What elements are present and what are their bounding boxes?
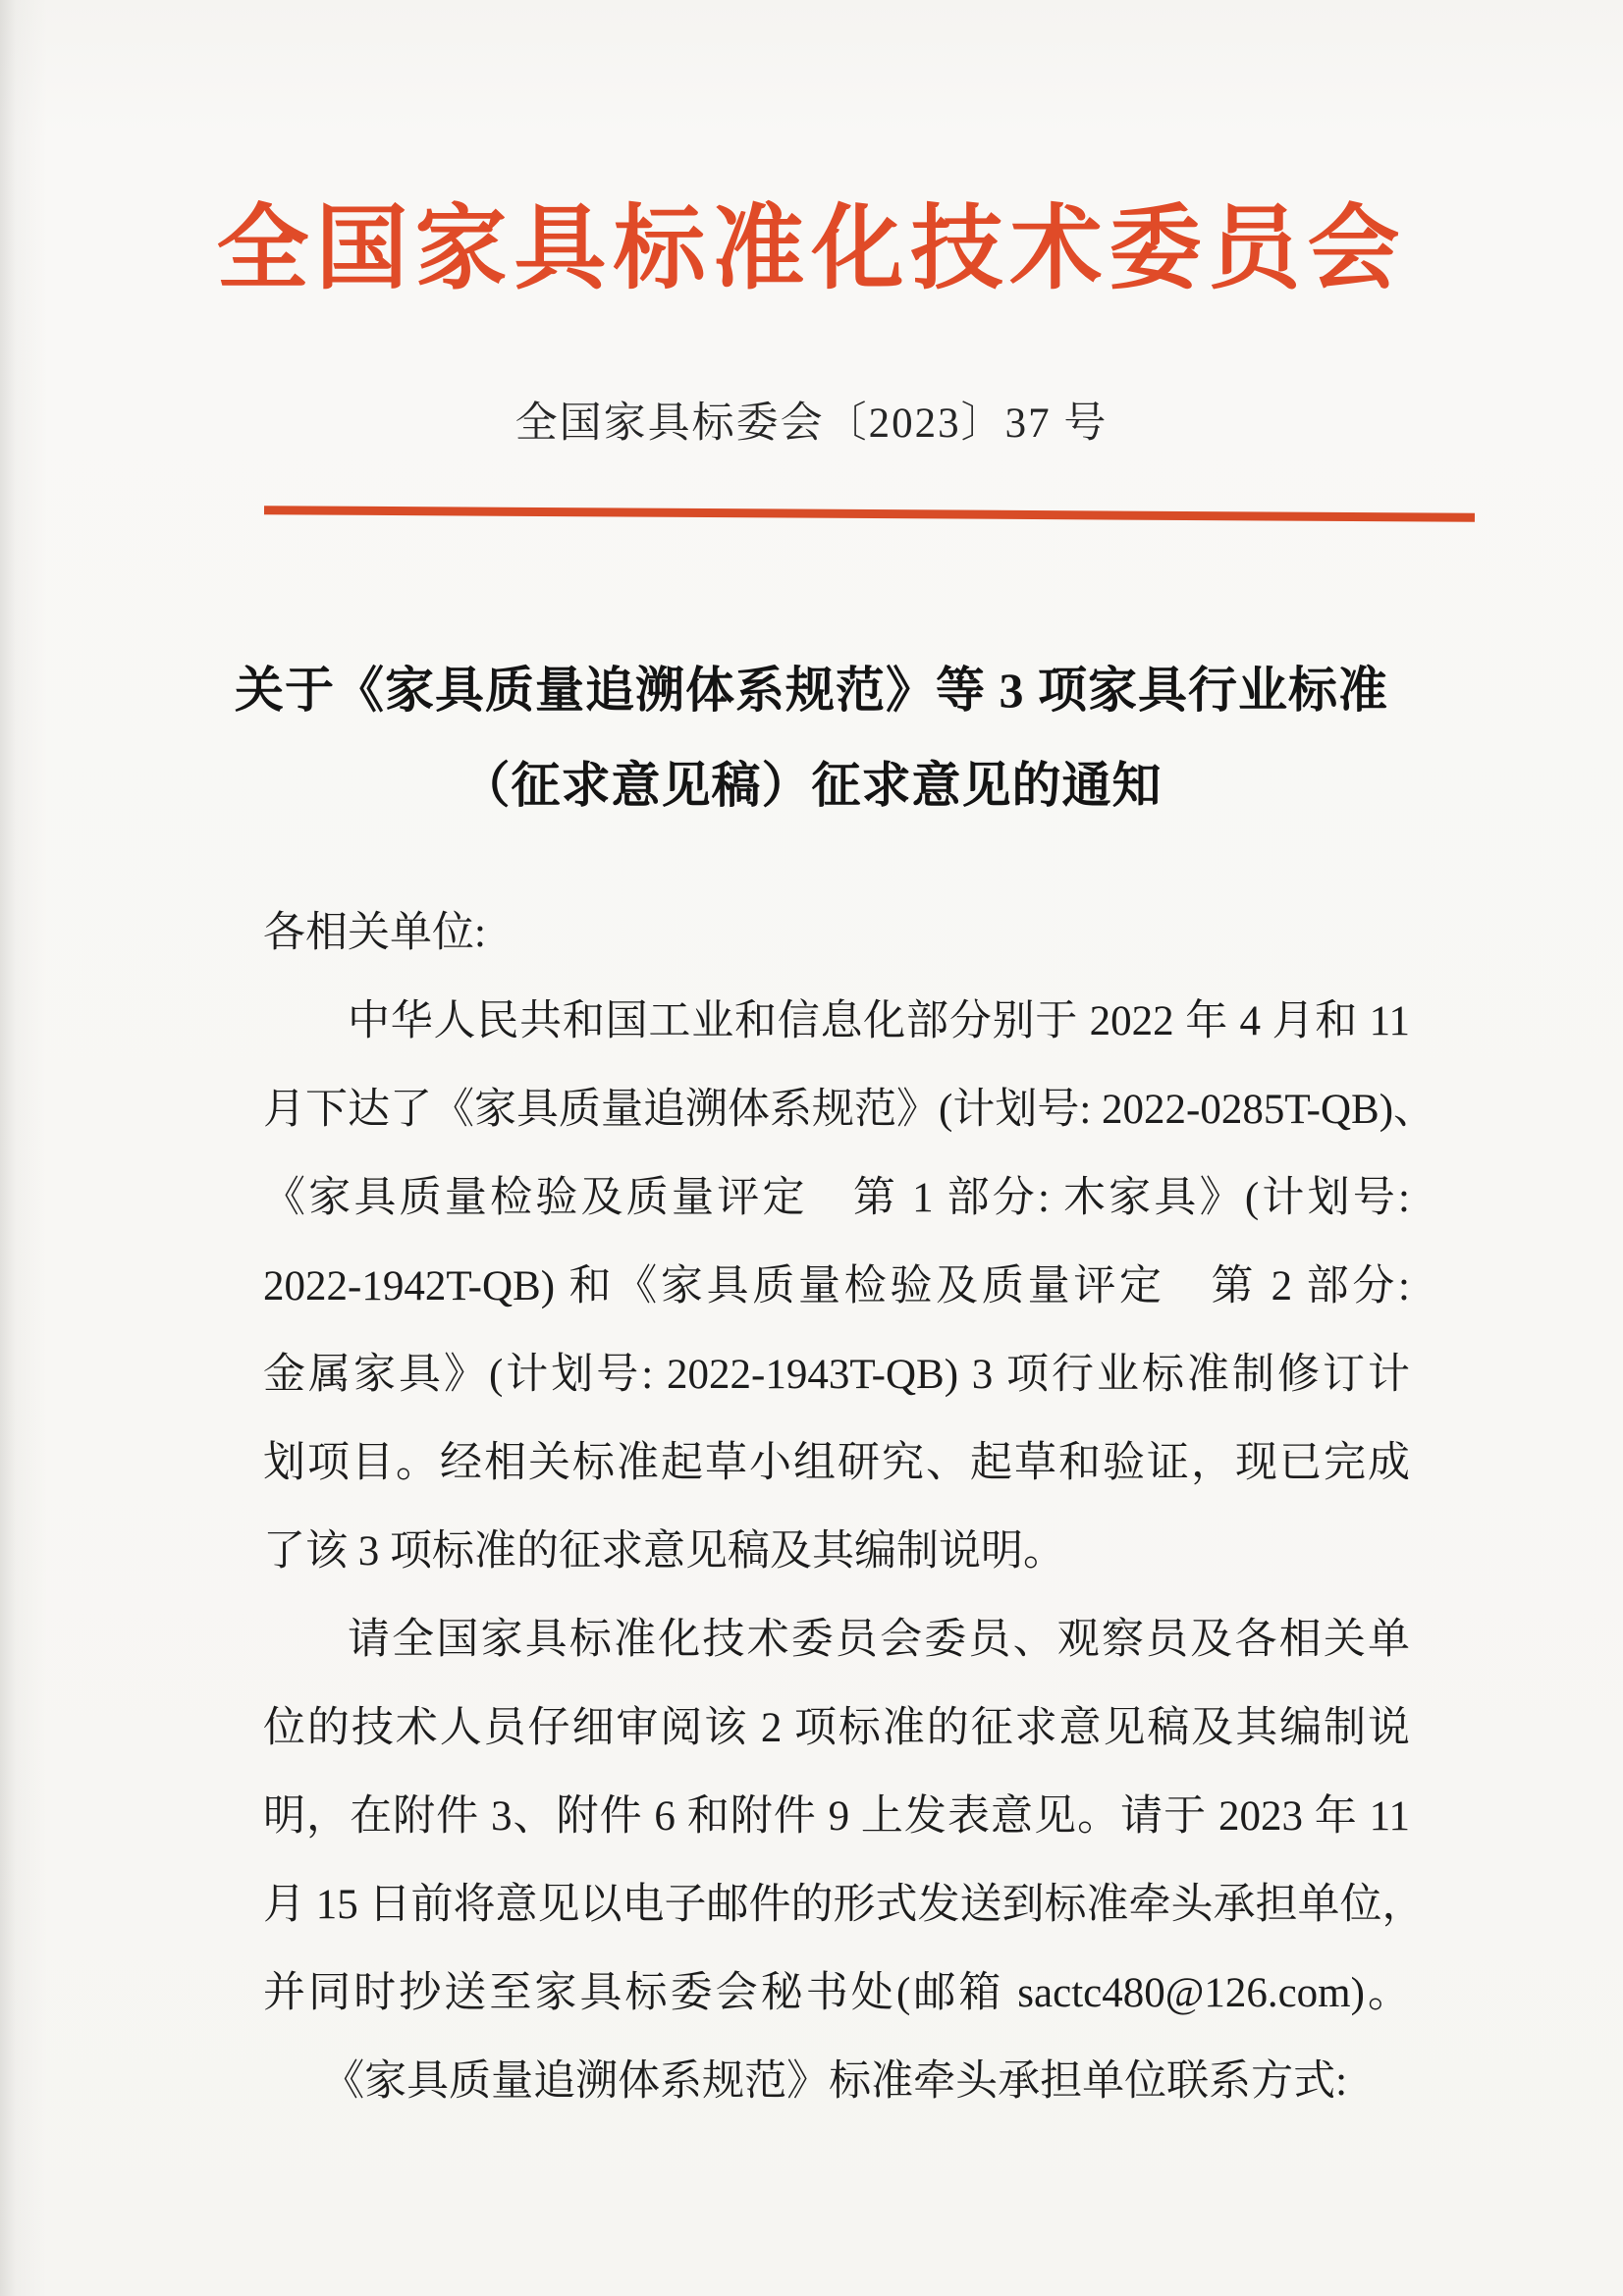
notice-title: 关于《家具质量追溯体系规范》等 3 项家具行业标准 （征求意见稿）征求意见的通知: [0, 643, 1623, 833]
document-page: 全国家具标准化技术委员会 全国家具标委会〔2023〕37 号 关于《家具质量追溯…: [0, 0, 1623, 2296]
body-line: 2022-1942T-QB) 和《家具质量检验及质量评定 第 2 部分:: [263, 1243, 1410, 1331]
body-line: 请全国家具标准化技术委员会委员、观察员及各相关单: [263, 1596, 1410, 1684]
body-line: 《家具质量追溯体系规范》标准牵头承担单位联系方式:: [263, 2038, 1410, 2126]
body-line: 划项目。经相关标准起草小组研究、起草和验证，现已完成: [263, 1419, 1410, 1508]
notice-title-line-1: 关于《家具质量追溯体系规范》等 3 项家具行业标准: [0, 643, 1623, 738]
body-line: 金属家具》(计划号: 2022-1943T-QB) 3 项行业标准制修订计: [263, 1331, 1410, 1419]
letterhead-divider-line: [264, 506, 1475, 522]
body-line: 月下达了《家具质量追溯体系规范》(计划号: 2022-0285T-QB)、: [263, 1066, 1410, 1154]
body-line: 中华人民共和国工业和信息化部分别于 2022 年 4 月和 11: [263, 978, 1410, 1066]
body-line: 并同时抄送至家具标委会秘书处(邮箱 sactc480@126.com)。: [263, 1949, 1410, 2038]
body-line: 月 15 日前将意见以电子邮件的形式发送到标准牵头承担单位，: [263, 1861, 1410, 1949]
body-line-salutation: 各相关单位:: [263, 889, 1410, 978]
body-line: 了该 3 项标准的征求意见稿及其编制说明。: [263, 1508, 1410, 1596]
body-line: 明，在附件 3、附件 6 和附件 9 上发表意见。请于 2023 年 11: [263, 1773, 1410, 1861]
document-reference-number: 全国家具标委会〔2023〕37 号: [0, 397, 1623, 452]
notice-title-line-2: （征求意见稿）征求意见的通知: [0, 738, 1623, 833]
letterhead-org-name: 全国家具标准化技术委员会: [0, 194, 1623, 305]
notice-body: 各相关单位: 中华人民共和国工业和信息化部分别于 2022 年 4 月和 11 …: [263, 889, 1410, 2126]
body-line: 《家具质量检验及质量评定 第 1 部分: 木家具》(计划号:: [263, 1154, 1410, 1243]
body-line: 位的技术人员仔细审阅该 2 项标准的征求意见稿及其编制说: [263, 1684, 1410, 1773]
